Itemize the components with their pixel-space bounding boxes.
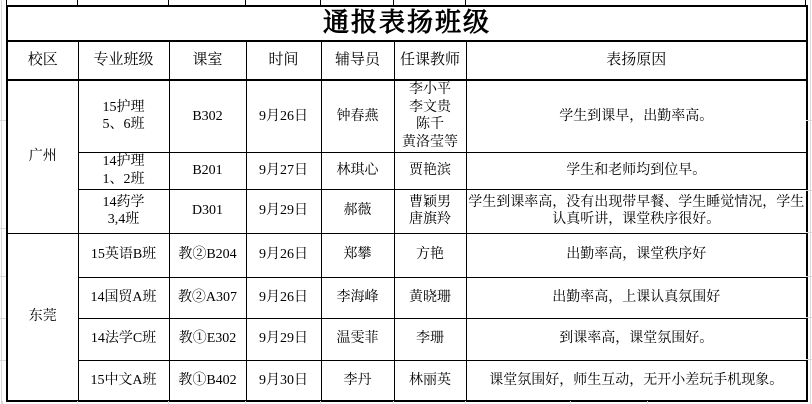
column-header-room: 课室 bbox=[169, 41, 246, 80]
date-cell: 9月27日 bbox=[246, 152, 321, 189]
date-cell: 9月29日 bbox=[246, 318, 321, 360]
room-cell: 教②B204 bbox=[169, 233, 246, 277]
gridline-hint bbox=[0, 276, 6, 277]
class-cell: 15中文A班 bbox=[78, 360, 169, 401]
date-cell: 9月26日 bbox=[246, 233, 321, 277]
gridline-hint bbox=[0, 318, 6, 319]
class-cell: 14法学C班 bbox=[78, 318, 169, 360]
header-row: 校区 专业班级 课室 时间 辅导员 任课教师 表扬原因 bbox=[7, 41, 807, 80]
gridline-hint bbox=[806, 120, 812, 121]
date-cell: 9月26日 bbox=[246, 277, 321, 318]
table-body: 通报表扬班级 校区 专业班级 课室 时间 辅导员 任课教师 表扬原因 广州15护… bbox=[7, 6, 807, 401]
table-row: 14法学C班教①E3029月29日温雯菲李珊到课率高，课堂氛围好。 bbox=[7, 318, 807, 360]
table-row: 14护理 1、2班B2019月27日林琪心贾艳滨学生和老师均到位早。 bbox=[7, 152, 807, 189]
date-cell: 9月26日 bbox=[246, 80, 321, 152]
teacher-cell: 李珊 bbox=[394, 318, 466, 360]
title-row: 通报表扬班级 bbox=[7, 6, 807, 41]
teacher-cell: 黄晓珊 bbox=[394, 277, 466, 318]
counselor-cell: 郑攀 bbox=[321, 233, 394, 277]
gridline-hint bbox=[806, 359, 812, 360]
room-cell: B201 bbox=[169, 152, 246, 189]
page-title: 通报表扬班级 bbox=[7, 6, 807, 41]
class-cell: 14国贸A班 bbox=[78, 277, 169, 318]
column-header-campus: 校区 bbox=[7, 41, 78, 80]
gridline-hint bbox=[1, 0, 2, 404]
table-row: 东莞15英语B班教②B2049月26日郑攀方艳出勤率高，课堂秩序好 bbox=[7, 233, 807, 277]
class-cell: 15护理 5、6班 bbox=[78, 80, 169, 152]
table-row: 15中文A班教①B4029月30日李丹林丽英课堂氛围好，师生互动，无开小差玩手机… bbox=[7, 360, 807, 401]
reason-cell: 学生到课早，出勤率高。 bbox=[466, 80, 807, 152]
reason-cell: 出勤率高，课堂秩序好 bbox=[466, 233, 807, 277]
class-cell: 15英语B班 bbox=[78, 233, 169, 277]
counselor-cell: 林琪心 bbox=[321, 152, 394, 189]
teacher-cell: 方艳 bbox=[394, 233, 466, 277]
gridline-hint bbox=[806, 317, 812, 318]
counselor-cell: 温雯菲 bbox=[321, 318, 394, 360]
column-header-reason: 表扬原因 bbox=[466, 41, 807, 80]
reason-cell: 出勤率高，上课认真氛围好 bbox=[466, 277, 807, 318]
column-header-teacher: 任课教师 bbox=[394, 41, 466, 80]
spreadsheet-canvas: 通报表扬班级 校区 专业班级 课室 时间 辅导员 任课教师 表扬原因 广州15护… bbox=[0, 0, 812, 404]
class-cell: 14药学 3,4班 bbox=[78, 189, 169, 233]
campus-cell: 东莞 bbox=[7, 233, 78, 401]
gridline-hint bbox=[0, 120, 6, 121]
room-cell: 教②A307 bbox=[169, 277, 246, 318]
counselor-cell: 李海峰 bbox=[321, 277, 394, 318]
column-header-class: 专业班级 bbox=[78, 41, 169, 80]
counselor-cell: 钟春燕 bbox=[321, 80, 394, 152]
column-header-date: 时间 bbox=[246, 41, 321, 80]
counselor-cell: 李丹 bbox=[321, 360, 394, 401]
teacher-cell: 林丽英 bbox=[394, 360, 466, 401]
column-header-counselor: 辅导员 bbox=[321, 41, 394, 80]
praise-table: 通报表扬班级 校区 专业班级 课室 时间 辅导员 任课教师 表扬原因 广州15护… bbox=[6, 5, 808, 402]
room-cell: B302 bbox=[169, 80, 246, 152]
reason-cell: 学生到课率高，没有出现带早餐、学生睡觉情况，学生认真听讲，课堂秩序很好。 bbox=[466, 189, 807, 233]
table-row: 14国贸A班教②A3079月26日李海峰黄晓珊出勤率高，上课认真氛围好 bbox=[7, 277, 807, 318]
counselor-cell: 郝薇 bbox=[321, 189, 394, 233]
class-cell: 14护理 1、2班 bbox=[78, 152, 169, 189]
teacher-cell: 曹颖男 唐旗羚 bbox=[394, 189, 466, 233]
gridline-hint bbox=[806, 232, 812, 233]
teacher-cell: 贾艳滨 bbox=[394, 152, 466, 189]
date-cell: 9月29日 bbox=[246, 189, 321, 233]
room-cell: D301 bbox=[169, 189, 246, 233]
gridline-hint bbox=[0, 360, 6, 361]
date-cell: 9月30日 bbox=[246, 360, 321, 401]
reason-cell: 课堂氛围好，师生互动，无开小差玩手机现象。 bbox=[466, 360, 807, 401]
reason-cell: 到课率高，课堂氛围好。 bbox=[466, 318, 807, 360]
campus-cell: 广州 bbox=[7, 80, 78, 233]
room-cell: 教①B402 bbox=[169, 360, 246, 401]
gridline-hint bbox=[810, 0, 811, 404]
gridline-hint bbox=[806, 276, 812, 277]
reason-cell: 学生和老师均到位早。 bbox=[466, 152, 807, 189]
teacher-cell: 李小平 李文贵 陈千 黄洛莹等 bbox=[394, 80, 466, 152]
gridline-hint bbox=[0, 228, 6, 229]
room-cell: 教①E302 bbox=[169, 318, 246, 360]
table-row: 广州15护理 5、6班B3029月26日钟春燕李小平 李文贵 陈千 黄洛莹等学生… bbox=[7, 80, 807, 152]
gridline-hint bbox=[806, 190, 812, 191]
table-row: 14药学 3,4班D3019月29日郝薇曹颖男 唐旗羚学生到课率高，没有出现带早… bbox=[7, 189, 807, 233]
